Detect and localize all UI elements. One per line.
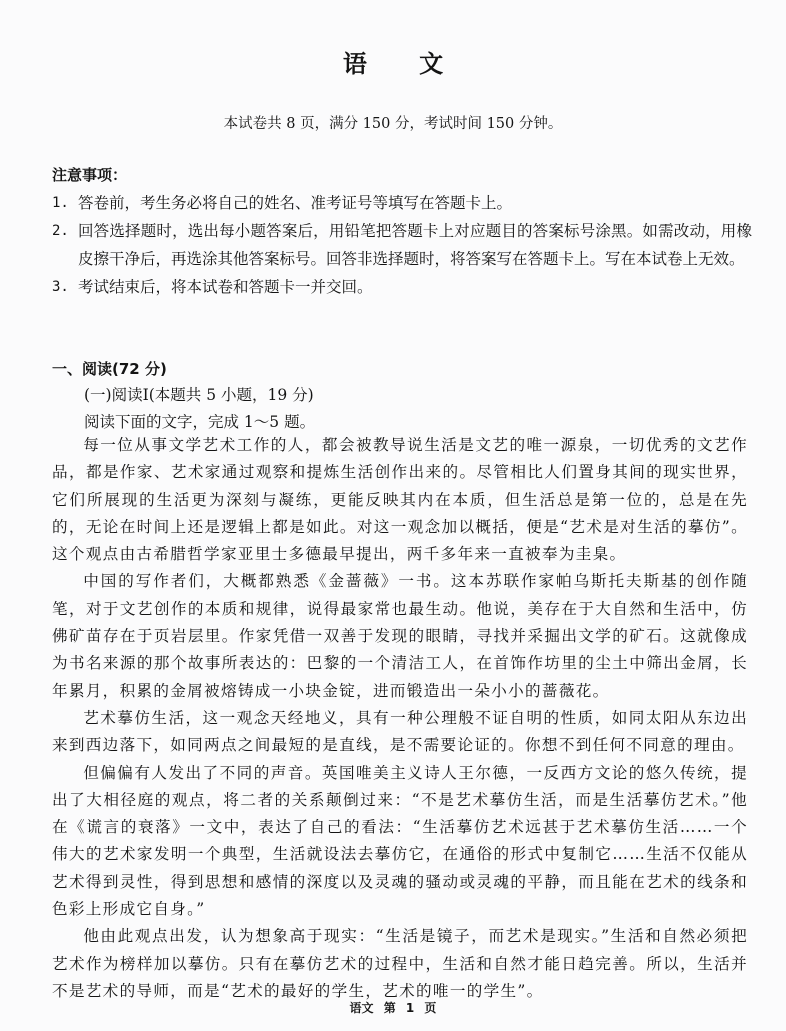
passage-paragraph: 中国的写作者们，大概都熟悉《金蔷薇》一书。这本苏联作家帕乌斯托夫斯基的创作随笔，…: [52, 568, 748, 704]
exam-info: 本试卷共 8 页，满分 150 分，考试时间 150 分钟。: [0, 112, 786, 133]
page-title: 语 文: [0, 44, 786, 79]
passage-paragraph: 他由此观点出发，认为想象高于现实：“生活是镜子，而艺术是现实。”生活和自然必须把…: [52, 923, 748, 1005]
notice-item-number: 3.: [52, 273, 78, 301]
passage-paragraph: 但偏偏有人发出了不同的声音。英国唯美主义诗人王尔德，一反西方文论的悠久传统，提出…: [52, 760, 748, 924]
notice-item: 3. 考试结束后，将本试卷和答题卡一并交回。: [52, 273, 752, 301]
section-heading: 一、阅读(72 分): [52, 358, 167, 379]
exam-page: 语 文 本试卷共 8 页，满分 150 分，考试时间 150 分钟。 注意事项：…: [0, 0, 786, 1031]
section-subheading: (一)阅读Ⅰ(本题共 5 小题，19 分): [84, 383, 314, 405]
notice-heading: 注意事项：: [52, 164, 127, 185]
notice-item-text: 考试结束后，将本试卷和答题卡一并交回。: [78, 273, 752, 301]
notice-item: 1. 答卷前，考生务必将自己的姓名、准考证号等填写在答题卡上。: [52, 189, 752, 217]
notice-list: 1. 答卷前，考生务必将自己的姓名、准考证号等填写在答题卡上。 2. 回答选择题…: [52, 189, 752, 301]
notice-item-text: 回答选择题时，选出每小题答案后，用铅笔把答题卡上对应题目的答案标号涂黑。如需改动…: [78, 217, 752, 273]
notice-item-number: 2.: [52, 217, 78, 273]
reading-instruction: 阅读下面的文字，完成 1～5 题。: [84, 410, 315, 432]
notice-item: 2. 回答选择题时，选出每小题答案后，用铅笔把答题卡上对应题目的答案标号涂黑。如…: [52, 217, 752, 273]
notice-item-text: 答卷前，考生务必将自己的姓名、准考证号等填写在答题卡上。: [78, 189, 752, 217]
passage-paragraph: 每一位从事文学艺术工作的人，都会被教导说生活是文艺的唯一源泉，一切优秀的文艺作品…: [52, 432, 748, 568]
reading-passage: 每一位从事文学艺术工作的人，都会被教导说生活是文艺的唯一源泉，一切优秀的文艺作品…: [52, 432, 748, 1005]
passage-paragraph: 艺术摹仿生活，这一观念天经地义，具有一种公理般不证自明的性质，如同太阳从东边出来…: [52, 705, 748, 760]
notice-item-number: 1.: [52, 189, 78, 217]
page-footer: 语文 第 1 页: [0, 999, 786, 1016]
